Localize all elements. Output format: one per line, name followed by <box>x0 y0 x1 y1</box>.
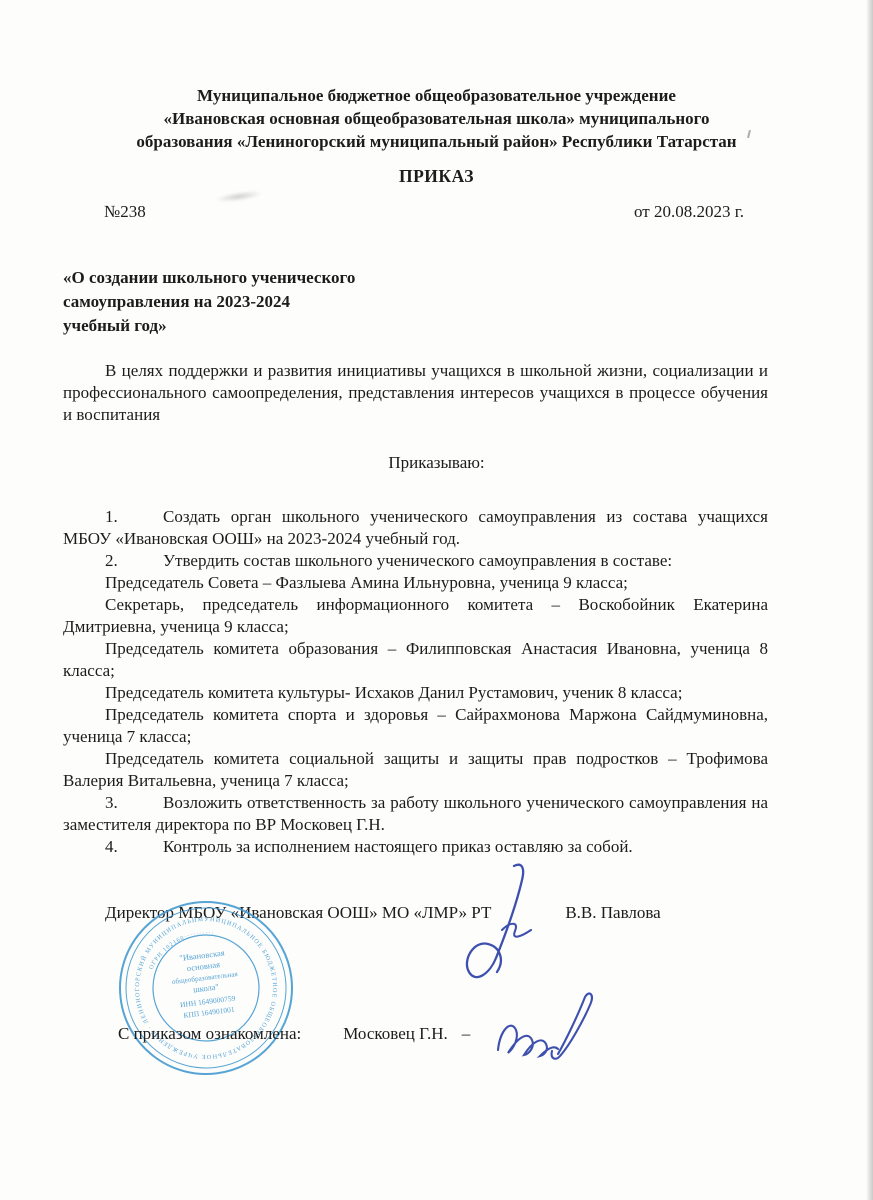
order-paragraph: Секретарь, председатель информационного … <box>63 594 768 638</box>
acknowledgement-label: С приказом ознакомлена: <box>118 1024 301 1043</box>
order-paragraph: 3.Возложить ответственность за работу шк… <box>63 792 768 836</box>
signature-stroke <box>498 1026 558 1056</box>
paragraph-text: Председатель Совета – Фазлыева Амина Иль… <box>105 573 628 592</box>
order-body: 1.Создать орган школьного ученического с… <box>63 506 768 858</box>
paragraph-text: Председатель комитета культуры- Исхаков … <box>105 683 682 702</box>
scan-artifact <box>215 189 264 205</box>
paragraph-text: Председатель комитета образования – Фили… <box>63 639 768 680</box>
paragraph-text: Секретарь, председатель информационного … <box>63 595 768 636</box>
acknowledgement-handwritten-signature <box>490 988 605 1068</box>
stamp-center-text: "Ивановская основная общеобразовательная… <box>168 946 243 1021</box>
school-stamp: МУНИЦИПАЛЬНОЕ БЮДЖЕТНОЕ ОБЩЕОБРАЗОВАТЕЛЬ… <box>116 898 296 1078</box>
order-paragraph: 2.Утвердить состав школьного ученическог… <box>63 550 768 572</box>
document-page: Муниципальное бюджетное общеобразователь… <box>0 0 873 1200</box>
preamble-paragraph: В целях поддержки и развития инициативы … <box>63 360 768 426</box>
order-paragraph: Председатель комитета образования – Фили… <box>63 638 768 682</box>
paragraph-number: 4. <box>105 836 163 858</box>
director-handwritten-signature <box>452 860 547 995</box>
subject-line: самоуправления на 2023-2024 <box>63 290 355 314</box>
paragraph-number: 3. <box>105 792 163 814</box>
paragraph-text: Председатель комитета социальной защиты … <box>63 749 768 790</box>
paragraph-text: Утвердить состав школьного ученического … <box>163 551 672 570</box>
paragraph-text: Контроль за исполнением настоящего прика… <box>163 837 633 856</box>
signature-stroke <box>467 865 523 977</box>
org-line: образования «Лениногорский муниципальный… <box>0 130 873 153</box>
order-paragraph: 1.Создать орган школьного ученического с… <box>63 506 768 550</box>
subject-line: учебный год» <box>63 314 355 338</box>
paragraph-text: Создать орган школьного ученического сам… <box>63 507 768 548</box>
acknowledgement-dash: – <box>462 1024 471 1043</box>
order-paragraph: Председатель комитета культуры- Исхаков … <box>63 682 768 704</box>
paragraph-number: 2. <box>105 550 163 572</box>
org-line: Муниципальное бюджетное общеобразователь… <box>0 84 873 107</box>
subject-line: «О создании школьного ученического <box>63 266 355 290</box>
order-paragraph: Председатель комитета социальной защиты … <box>63 748 768 792</box>
order-paragraph: 4.Контроль за исполнением настоящего при… <box>63 836 768 858</box>
acknowledgement-name: Московец Г.Н. <box>343 1024 448 1043</box>
paragraph-text: Возложить ответственность за работу школ… <box>63 793 768 834</box>
acknowledgement-row: С приказом ознакомлена:Московец Г.Н.– <box>118 1024 470 1044</box>
document-type-title: ПРИКАЗ <box>0 166 873 187</box>
paragraph-text: Председатель комитета спорта и здоровья … <box>63 705 768 746</box>
paragraph-number: 1. <box>105 506 163 528</box>
order-paragraph: Председатель комитета спорта и здоровья … <box>63 704 768 748</box>
resolution-word: Приказываю: <box>0 453 873 473</box>
order-subject: «О создании школьного ученического самоу… <box>63 266 355 338</box>
director-name: В.В. Павлова <box>565 903 660 922</box>
organization-header: Муниципальное бюджетное общеобразователь… <box>0 84 873 153</box>
org-line: «Ивановская основная общеобразовательная… <box>0 107 873 130</box>
order-number: №238 <box>104 202 146 222</box>
order-date: от 20.08.2023 г. <box>634 202 744 222</box>
order-paragraph: Председатель Совета – Фазлыева Амина Иль… <box>63 572 768 594</box>
stamp-line: школа" <box>193 981 220 994</box>
